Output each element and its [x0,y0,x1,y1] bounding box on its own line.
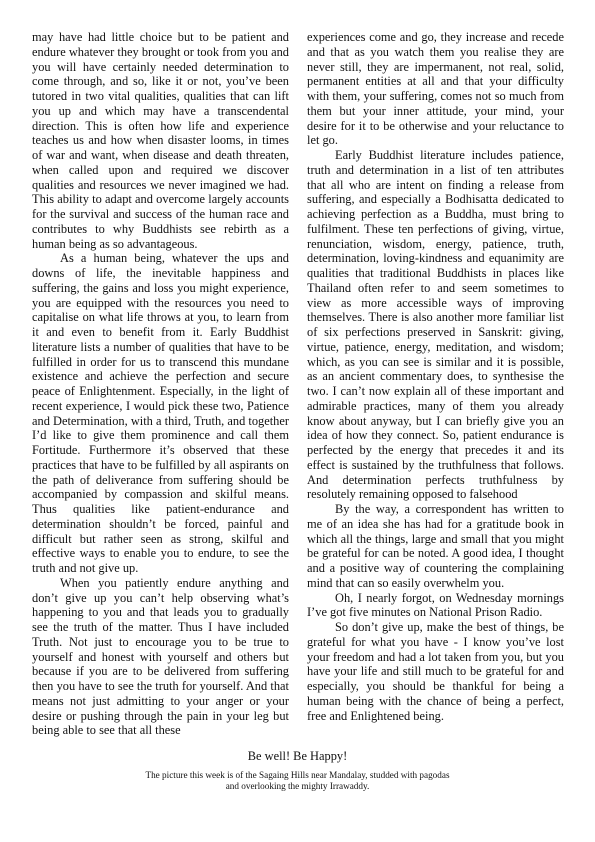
paragraph: So don’t give up, make the best of thing… [307,620,564,723]
paragraph: may have had little choice but to be pat… [32,30,289,251]
paragraph: When you patiently endure anything and d… [32,576,289,738]
signoff: Be well! Be Happy! [0,749,595,764]
picture-caption: The picture this week is of the Sagaing … [140,770,455,792]
right-column: experiences come and go, they increase a… [307,30,564,723]
paragraph: By the way, a correspondent has written … [307,502,564,591]
paragraph: Early Buddhist literature includes patie… [307,148,564,502]
paragraph: experiences come and go, they increase a… [307,30,564,148]
paragraph: As a human being, whatever the ups and d… [32,251,289,576]
left-column: may have had little choice but to be pat… [32,30,289,738]
document-page: may have had little choice but to be pat… [0,0,595,842]
paragraph: Oh, I nearly forgot, on Wednesday mornin… [307,591,564,621]
